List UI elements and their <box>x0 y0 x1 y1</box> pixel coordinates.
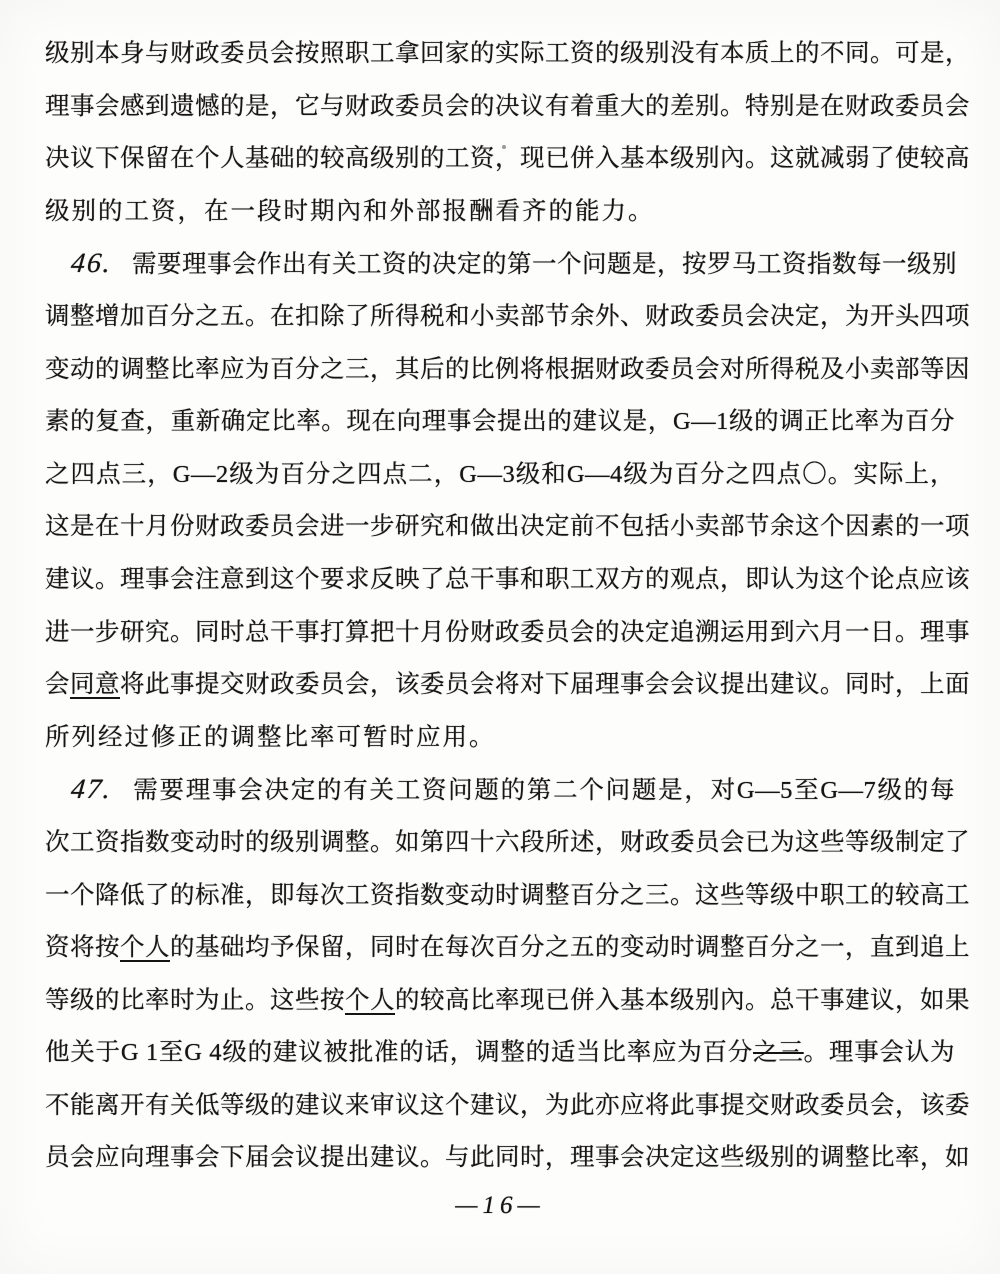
text-segment: 他关于G 1至G 4级的建议被批准的话，调整的适当比率应为百分 <box>45 1039 753 1066</box>
text-segment: 一个降低了的标准，即每次工资指数变动时调整百分之三。这些等级中职工的较高工 <box>45 882 970 909</box>
text-line: 一个降低了的标准，即每次工资指数变动时调整百分之三。这些等级中职工的较高工 <box>45 870 955 923</box>
text-line: 这是在十月份财政委员会进一步研究和做出决定前不包括小卖部节余这个因素的一项 <box>45 501 955 554</box>
text-line: 等级的比率时为止。这些按个人的较高比率现已併入基本级别內。总干事建议，如果 <box>45 975 955 1028</box>
text-line: 建议。理事会注意到这个要求反映了总干事和职工双方的观点，即认为这个论点应该 <box>45 554 955 607</box>
paragraph-para-47: 47.需要理事会决定的有关工资问题的第二个问题是，对G—5至G—7级的每次工资指… <box>45 764 955 1185</box>
text-segment: 的基础均予保留，同时在每次百分之五的变动时调整百分之一，直到追上 <box>170 934 970 961</box>
text-segment: 的较高比率现已併入基本级别內。总干事建议，如果 <box>395 987 970 1014</box>
text-line: 调整增加百分之五。在扣除了所得税和小卖部节余外、财政委员会决定，为开头四项 <box>45 291 955 344</box>
text-segment: 需要理事会决定的有关工资问题的第二个问题是，对G—5至G—7级的每 <box>132 777 955 804</box>
text-line: 之四点三，G—2级为百分之四点二，G—3级和G—4级为百分之四点〇。实际上， <box>45 449 955 502</box>
page-number: —16— <box>0 1192 1000 1220</box>
text-line: 级别的工资，在一段时期內和外部报酬看齐的能力。 <box>45 186 955 239</box>
text-line: 素的复查，重新确定比率。现在向理事会提出的建议是，G—1级的调正比率为百分 <box>45 396 955 449</box>
text-segment: 级别的工资，在一段时期內和外部报酬看齐的能力。 <box>45 198 655 225</box>
document-page: 级别本身与财政委员会按照职工拿回家的实际工资的级别没有本质上的不同。可是，理事会… <box>0 0 1000 1274</box>
text-line: 员会应向理事会下届会议提出建议。与此同时，理事会决定这些级别的调整比率，如 <box>45 1132 955 1185</box>
text-segment: 之四点三，G—2级为百分之四点二，G—3级和G—4级为百分之四点〇。实际上， <box>45 461 955 488</box>
text-line: 会同意将此事提交财政委员会，该委员会将对下届理事会会议提出建议。同时，上面 <box>45 659 955 712</box>
text-line: 不能离开有关低等级的建议来审议这个建议，为此亦应将此事提交财政委员会，该委 <box>45 1080 955 1133</box>
text-segment: 变动的调整比率应为百分之三，其后的比例将根据财政委员会对所得税及小卖部等因 <box>45 356 970 383</box>
text-segment: 决议下保留在个人基础的较高级别的工资，现已併入基本级别內。这就减弱了使较高 <box>45 145 970 172</box>
text-segment: 建议。理事会注意到这个要求反映了总干事和职工双方的观点，即认为这个论点应该 <box>45 566 970 593</box>
text-line: 所列经过修正的调整比率可暂时应用。 <box>45 712 955 765</box>
text-segment: 会 <box>45 671 70 698</box>
text-segment: 将此事提交财政委员会，该委员会将对下届理事会会议提出建议。同时，上面 <box>120 671 970 698</box>
text-segment: 等级的比率时为止。这些按 <box>45 987 345 1014</box>
text-segment: 进一步研究。同时总干事打算把十月份财政委员会的决定追溯运用到六月一日。理事 <box>45 619 970 646</box>
text-segment: 。理事会认为 <box>804 1039 955 1066</box>
paragraph-number: 47. <box>68 764 115 817</box>
paragraph-number: 46. <box>68 238 115 291</box>
text-segment: 所列经过修正的调整比率可暂时应用。 <box>45 724 496 751</box>
text-segment: 这是在十月份财政委员会进一步研究和做出决定前不包括小卖部节余这个因素的一项 <box>45 513 970 540</box>
paragraph-para-46: 46.需要理事会作出有关工资的决定的第一个问题是，按罗马工资指数每一级别调整增加… <box>45 238 955 764</box>
text-segment: 员会应向理事会下届会议提出建议。与此同时，理事会决定这些级别的调整比率，如 <box>45 1144 970 1171</box>
text-line: 次工资指数变动时的级别调整。如第四十六段所述，财政委员会已为这些等级制定了 <box>45 817 955 870</box>
underlined-text: 个人 <box>120 934 170 961</box>
document-body: 级别本身与财政委员会按照职工拿回家的实际工资的级别没有本质上的不同。可是，理事会… <box>45 28 955 1185</box>
text-line: 理事会感到遗憾的是，它与财政委员会的决议有着重大的差别。特别是在财政委员会 <box>45 81 955 134</box>
text-segment: 需要理事会作出有关工资的决定的第一个问题是，按罗马工资指数每一级别 <box>132 251 957 278</box>
text-line: 进一步研究。同时总干事打算把十月份财政委员会的决定追溯运用到六月一日。理事 <box>45 607 955 660</box>
text-segment: 素的复查，重新确定比率。现在向理事会提出的建议是，G—1级的调正比率为百分 <box>45 408 955 435</box>
text-line: 他关于G 1至G 4级的建议被批准的话，调整的适当比率应为百分之三。理事会认为 <box>45 1027 955 1080</box>
text-segment: 理事会感到遗憾的是，它与财政委员会的决议有着重大的差别。特别是在财政委员会 <box>45 93 970 120</box>
text-segment: 级别本身与财政委员会按照职工拿回家的实际工资的级别没有本质上的不同。可是， <box>45 40 970 67</box>
text-line: 47.需要理事会决定的有关工资问题的第二个问题是，对G—5至G—7级的每 <box>45 764 955 817</box>
underlined-text: 同意 <box>70 671 120 698</box>
text-segment: 不能离开有关低等级的建议来审议这个建议，为此亦应将此事提交财政委员会，该委 <box>45 1092 970 1119</box>
underlined-text: 个人 <box>345 987 395 1014</box>
text-line: 决议下保留在个人基础的较高级别的工资，现已併入基本级别內。这就减弱了使较高 <box>45 133 955 186</box>
text-line: 资将按个人的基础均予保留，同时在每次百分之五的变动时调整百分之一，直到追上 <box>45 922 955 975</box>
text-line: 级别本身与财政委员会按照职工拿回家的实际工资的级别没有本质上的不同。可是， <box>45 28 955 81</box>
paragraph-continuation: 级别本身与财政委员会按照职工拿回家的实际工资的级别没有本质上的不同。可是，理事会… <box>45 28 955 238</box>
text-segment: 调整增加百分之五。在扣除了所得税和小卖部节余外、财政委员会决定，为开头四项 <box>45 303 970 330</box>
text-line: 变动的调整比率应为百分之三，其后的比例将根据财政委员会对所得税及小卖部等因 <box>45 344 955 397</box>
text-line: 46.需要理事会作出有关工资的决定的第一个问题是，按罗马工资指数每一级别 <box>45 238 955 291</box>
text-segment: 次工资指数变动时的级别调整。如第四十六段所述，财政委员会已为这些等级制定了 <box>45 829 970 856</box>
struck-text: 之三 <box>753 1039 804 1066</box>
text-segment: 资将按 <box>45 934 120 961</box>
